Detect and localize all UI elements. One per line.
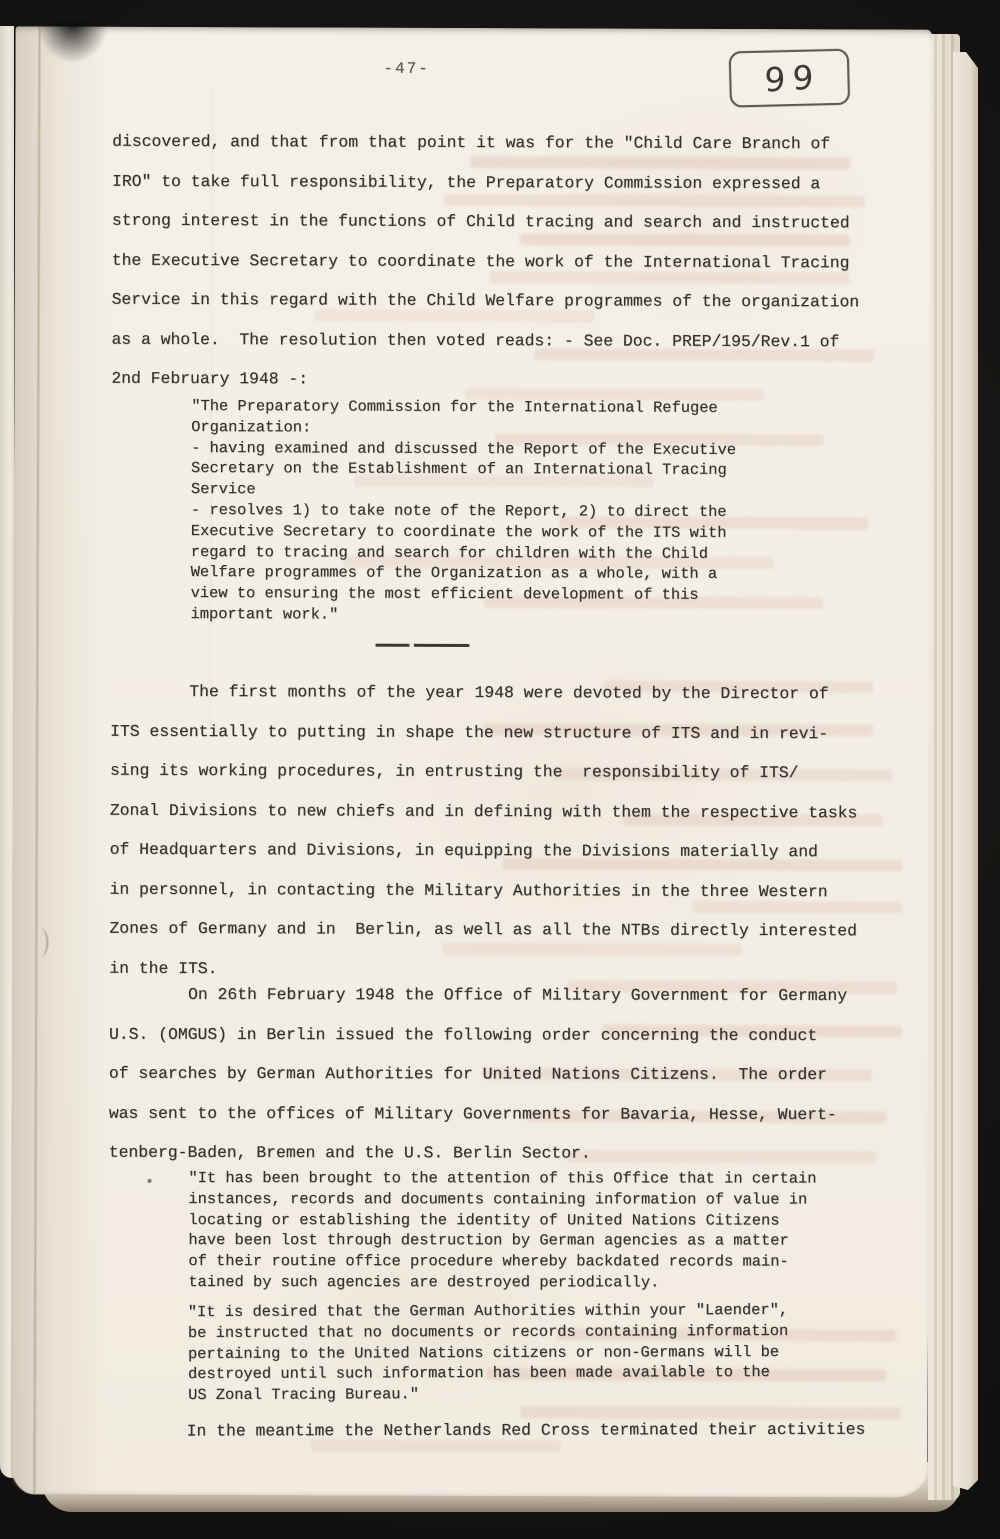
text-line: Service in this regard with the Child We… xyxy=(112,280,860,322)
text-line: On 26th February 1948 the Office of Mili… xyxy=(109,975,847,1016)
text-line: sing its working procedures, in entrusti… xyxy=(110,751,858,793)
text-line: Executive Secretary to coordinate the wo… xyxy=(191,521,736,544)
text-line: as a whole. The resolution then voted re… xyxy=(111,319,859,361)
text-line: view to ensuring the most efficient deve… xyxy=(191,583,736,606)
paragraph-closing: In the meantime the Netherlands Red Cros… xyxy=(108,1410,866,1451)
text-line: 2nd February 1948 -: xyxy=(111,359,859,401)
text-line: of searches by German Authorities for Un… xyxy=(109,1054,847,1095)
archive-number-stamp: 99 xyxy=(729,49,850,108)
text-line: destroyed until such information has bee… xyxy=(188,1362,788,1385)
gutter-top-shadow xyxy=(33,22,111,66)
text-line: ITS essentially to putting in shape the … xyxy=(110,711,858,753)
text-line: important work." xyxy=(190,604,735,627)
gutter-shadow xyxy=(10,26,110,1494)
text-line: of Headquarters and Divisions, in equipp… xyxy=(110,830,858,872)
text-line: Zonal Divisions to new chiefs and in def… xyxy=(110,790,858,832)
document-page: -47- 99 discovered, and that from that p… xyxy=(10,26,932,1497)
text-line: Welfare programmes of the Organization a… xyxy=(191,562,736,585)
text-line: pertaining to the United Nations citizen… xyxy=(188,1342,788,1365)
gutter-crease xyxy=(33,26,40,1494)
paragraph-omgus-order: On 26th February 1948 the Office of Mili… xyxy=(109,975,847,1174)
text-line: tained by such agencies are destroyed pe… xyxy=(188,1272,816,1293)
text-line: Zones of Germany and in Berlin, as well … xyxy=(109,909,857,951)
paragraph-first-months: The first months of the year 1948 were d… xyxy=(109,672,858,991)
text-line: Secretary on the Establishment of an Int… xyxy=(191,458,736,481)
text-line: Organization: xyxy=(191,417,736,440)
order-quote-laender: "It is desired that the German Authoriti… xyxy=(188,1300,789,1406)
text-line: "It has been brought to the attention of… xyxy=(188,1168,816,1189)
book-scan-background: -47- 99 discovered, and that from that p… xyxy=(0,0,1000,1539)
text-line: locating or establishing the identity of… xyxy=(188,1210,816,1231)
text-line: IRO" to take full responsibility, the Pr… xyxy=(112,161,860,203)
paragraph-intro: discovered, and that from that point it … xyxy=(111,122,860,401)
text-line: - having examined and discussed the Repo… xyxy=(191,438,736,461)
text-line: "The Preparatory Commission for the Inte… xyxy=(191,396,736,419)
text-line: in personnel, in contacting the Military… xyxy=(109,869,857,911)
underlying-page-edge xyxy=(953,52,978,1490)
text-line: Service xyxy=(191,479,736,502)
order-quote-records: "It has been brought to the attention of… xyxy=(188,1168,816,1293)
archive-number: 99 xyxy=(758,57,820,100)
text-line: In the meantime the Netherlands Red Cros… xyxy=(108,1410,866,1451)
text-line: was sent to the offices of Military Gove… xyxy=(109,1093,847,1134)
paper-crease-mark xyxy=(35,928,48,956)
text-line: The first months of the year 1948 were d… xyxy=(110,672,858,714)
text-line: be instructed that no documents or recor… xyxy=(188,1321,788,1344)
text-line: have been lost through destruction by Ge… xyxy=(188,1230,816,1251)
section-divider xyxy=(375,644,469,647)
ink-speck xyxy=(148,1179,152,1183)
text-line: strong interest in the functions of Chil… xyxy=(112,201,860,243)
text-line: discovered, and that from that point it … xyxy=(112,122,860,164)
text-line: the Executive Secretary to coordinate th… xyxy=(112,240,860,282)
text-line: "It is desired that the German Authoriti… xyxy=(188,1300,788,1323)
scanned-document-photo: { "page": { "number": "-47-", "stamp": "… xyxy=(0,0,1000,1539)
text-line: U.S. (OMGUS) in Berlin issued the follow… xyxy=(109,1014,847,1055)
page-number: -47- xyxy=(383,60,453,78)
text-line: US Zonal Tracing Bureau." xyxy=(188,1383,788,1406)
text-line: - resolves 1) to take note of the Report… xyxy=(191,500,736,523)
text-line: instances, records and documents contain… xyxy=(188,1189,816,1210)
resolution-blockquote: "The Preparatory Commission for the Inte… xyxy=(190,396,736,627)
text-line: regard to tracing and search for childre… xyxy=(191,542,736,565)
text-line: of their routine office procedure whereb… xyxy=(188,1251,816,1272)
